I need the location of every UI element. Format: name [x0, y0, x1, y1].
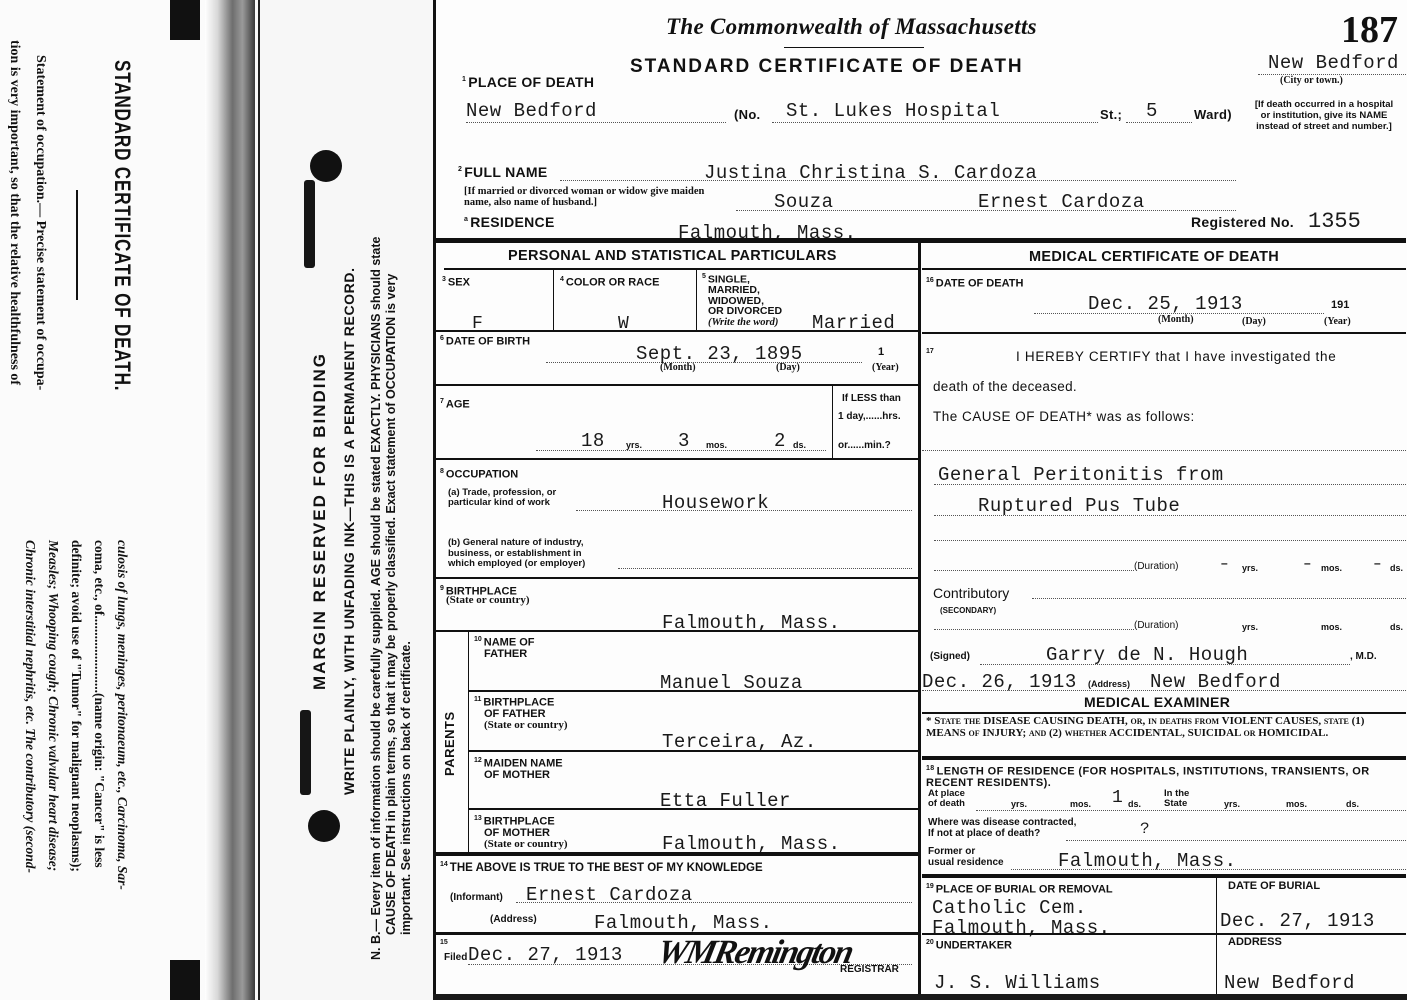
margin-reserved-label: MARGIN RESERVED FOR BINDING [310, 352, 330, 690]
full-name-label: 2FULL NAME [458, 164, 548, 180]
sex-label: 3SEX [442, 274, 470, 289]
certify-line-1: I HEREBY CERTIFY that I have investigate… [1016, 349, 1336, 364]
nb-line-3: important. See instructions on back of c… [399, 641, 413, 935]
or-min-label: or......min.? [838, 440, 891, 451]
informant-address-label: (Address) [490, 914, 537, 925]
trade-value: Housework [662, 492, 769, 514]
contracted-value: ? [1140, 820, 1150, 838]
undertaker-address: New Bedford [1224, 972, 1355, 994]
burial-date: Dec. 27, 1913 [1220, 910, 1375, 932]
state-ds-label: ds. [1346, 799, 1359, 810]
rule [468, 750, 918, 752]
signed-name: Garry de N. Hough [1046, 644, 1248, 666]
secondary-label: (SECONDARY) [940, 605, 996, 616]
column-divider [918, 238, 921, 994]
mother-name-label: 12MAIDEN NAMEOF MOTHER [474, 755, 563, 781]
dob-label: 6DATE OF BIRTH [440, 333, 530, 348]
ward-label: Ward) [1194, 107, 1232, 122]
maiden-note: [If married or divorced woman or widow g… [464, 186, 734, 208]
informant-heading: 14THE ABOVE IS TRUE TO THE BEST OF MY KN… [440, 859, 763, 874]
duration-line [934, 629, 1134, 630]
informant-name: Ernest Cardoza [526, 884, 693, 906]
undertaker-address-label: ADDRESS [1228, 937, 1282, 948]
certify-line-3: The CAUSE OF DEATH* was as follows: [933, 409, 1195, 424]
cause-line-1: General Peritonitis from [938, 464, 1224, 486]
husband-name-value: Ernest Cardoza [978, 191, 1145, 213]
place-of-death-label: 1PLACE OF DEATH [462, 74, 594, 90]
residence-label: aRESIDENCE [464, 214, 555, 230]
strip-line: Statement of occupation.— Precise statem… [32, 55, 48, 390]
certify-num: 17 [926, 346, 934, 357]
rule [922, 933, 1406, 935]
commonwealth-heading: The Commonwealth of Massachusetts [666, 14, 1037, 40]
binding-bar [300, 710, 311, 795]
ds-label: ds. [793, 440, 806, 451]
unfading-ink-label: WRITE PLAINLY, WITH UNFADING INK—THIS IS… [341, 267, 357, 795]
contributory-label: Contributory [933, 585, 1009, 601]
age-label: 7AGE [440, 396, 470, 411]
full-name-value: Justina Christina S. Cardoza [704, 162, 1037, 184]
father-name-label: 10NAME OFFATHER [474, 634, 535, 660]
at-mos-label: mos. [1070, 799, 1091, 810]
strip-line: Measles; Whooping cough; Chronic valvula… [45, 540, 61, 871]
rule [696, 270, 697, 330]
institution-value: St. Lukes Hospital [772, 100, 1098, 123]
registered-number: 1355 [1308, 209, 1361, 234]
signed-label: (Signed) [930, 651, 970, 662]
st-label: St.; [1100, 107, 1122, 122]
date-of-death-label: 16DATE OF DEATH [926, 275, 1023, 290]
date-of-death-value: Dec. 25, 1913 [1088, 293, 1243, 315]
duration-yrs-value: – [1221, 558, 1228, 569]
burial-date-label: DATE OF BURIAL [1228, 881, 1320, 892]
age-years-value: 18 [581, 430, 605, 452]
state-yrs-label: yrs. [1224, 799, 1240, 810]
informant-address: Falmouth, Mass. [594, 912, 773, 934]
duration-mos-label-2: mos. [1321, 622, 1342, 633]
signed-date: Dec. 26, 1913 [922, 671, 1077, 693]
binding-tab [170, 0, 200, 40]
rule [436, 852, 918, 856]
undertaker-name: J. S. Williams [934, 972, 1101, 994]
at-place-label: At placeof death [928, 789, 965, 809]
maiden-name-value: Souza [774, 191, 834, 213]
md-label: , M.D. [1350, 651, 1377, 662]
nb-line-2: CAUSE OF DEATH in plain terms, so that i… [384, 274, 398, 935]
section-divider [436, 238, 1406, 243]
trade-label: (a) Trade, profession, orparticular kind… [448, 488, 556, 508]
punch-hole [310, 150, 342, 182]
informant-label: (Informant) [450, 892, 503, 903]
duration-line [934, 570, 1134, 571]
death-year-label: (Year) [1324, 316, 1351, 327]
medical-examiner-label: MEDICAL EXAMINER [1084, 694, 1230, 710]
rule [922, 712, 1406, 714]
cause-line [922, 450, 1406, 451]
duration-yrs-label: yrs. [1242, 563, 1258, 574]
contracted-line [1066, 840, 1406, 841]
residence-line [976, 810, 1406, 811]
industry-label: (b) General nature of industry,business,… [448, 538, 585, 570]
registrar-label: REGISTRAR [840, 964, 899, 975]
industry-line [618, 568, 912, 569]
cause-footnote: * State the DISEASE CAUSING DEATH, or, i… [926, 716, 1402, 739]
duration-label-2: (Duration) [1134, 620, 1178, 631]
mos-label: mos. [706, 440, 727, 451]
rule [1216, 878, 1217, 994]
duration-ds-value: – [1374, 558, 1381, 569]
year-label: (Year) [872, 362, 899, 373]
city-value: New Bedford [1258, 52, 1407, 75]
burial-place-label: 19PLACE OF BURIAL OR REMOVAL [926, 881, 1113, 896]
contracted-label: Where was disease contracted,If not at p… [928, 818, 1076, 839]
examiner-address: New Bedford [1150, 671, 1281, 693]
undertaker-label: 20UNDERTAKER [926, 937, 1012, 952]
marital-label: 5SINGLE, MARRIED, WIDOWED, OR DIVORCED (… [702, 272, 782, 328]
less-than-label: If LESS than [842, 393, 901, 404]
contributory-line [1032, 598, 1406, 599]
duration-label: (Duration) [1134, 561, 1178, 572]
binding-bar [304, 180, 315, 268]
death-month-label: (Month) [1158, 314, 1194, 325]
burial-place-line-1: Catholic Cem. [932, 897, 1087, 919]
rule [922, 874, 1406, 878]
mother-birthplace-label: 13BIRTHPLACEOF MOTHER(State or country) [474, 813, 568, 850]
former-residence-value: Falmouth, Mass. [1058, 850, 1237, 872]
dob-year-prefix: 1 [878, 347, 884, 358]
day-hrs-label: 1 day,......hrs. [838, 411, 901, 422]
heading-underline [784, 47, 924, 48]
death-day-label: (Day) [1242, 316, 1266, 327]
medical-heading: MEDICAL CERTIFICATE OF DEATH [1029, 249, 1279, 265]
registered-label: Registered No. [1191, 214, 1294, 230]
certificate-sheet: The Commonwealth of Massachusetts STANDA… [433, 0, 1407, 994]
no-label: (No. [734, 107, 760, 122]
strip-divider [76, 190, 78, 300]
registrar-signature: WMRemington [654, 934, 855, 972]
rule [922, 332, 1406, 334]
state-mos-label: mos. [1286, 799, 1307, 810]
age-days-value: 2 [774, 430, 786, 452]
filed-num: 15 [440, 937, 448, 948]
filed-date: Dec. 27, 1913 [468, 944, 623, 966]
duration-mos-value: – [1304, 558, 1311, 569]
age-months-value: 3 [678, 430, 690, 452]
at-yrs-label: yrs. [1011, 799, 1027, 810]
day-label: (Day) [776, 362, 800, 373]
duration-ds-label: ds. [1390, 563, 1403, 574]
rule [553, 270, 554, 330]
strip-line: Chronic interstitial nephritis, etc. The… [22, 540, 38, 873]
page-number: 187 [1341, 8, 1398, 52]
month-label: (Month) [660, 362, 696, 373]
place-town-value: New Bedford [466, 100, 726, 123]
hospital-note: [If death occurred in a hospital or inst… [1254, 99, 1394, 132]
yrs-label: yrs. [626, 440, 642, 451]
rule [436, 330, 918, 332]
at-ds-label: ds. [1128, 799, 1141, 810]
cause-line [934, 540, 1406, 541]
rule [436, 630, 918, 632]
binding-edge [205, 0, 255, 1000]
duration-yrs-label-2: yrs. [1242, 622, 1258, 633]
strip-line: culosis of lungs, meninges, peritonaeum,… [114, 540, 130, 890]
rule [436, 577, 918, 579]
death-year-prefix: 191 [1331, 300, 1349, 311]
certify-line-2: death of the deceased. [933, 379, 1077, 394]
filed-label: Filed [444, 952, 467, 963]
strip-line: coma, etc., of.......................(na… [91, 540, 107, 868]
rule [922, 268, 1406, 270]
rule [468, 690, 918, 692]
rule [922, 756, 1406, 760]
strip-title: STANDARD CERTIFICATE OF DEATH. [109, 60, 135, 391]
examiner-address-label: (Address) [1088, 679, 1130, 690]
nb-line-1: N. B.— Every item of information should … [369, 237, 383, 961]
at-days-value: 1 [1112, 788, 1123, 808]
residence-length-label: 18LENGTH OF RESIDENCE (FOR HOSPITALS, IN… [926, 763, 1404, 789]
binding-margin: MARGIN RESERVED FOR BINDING WRITE PLAINL… [258, 0, 433, 1000]
burial-place-line-2: Falmouth, Mass. [932, 917, 1111, 939]
certificate-title: STANDARD CERTIFICATE OF DEATH [630, 56, 1024, 78]
father-birthplace-label: 11BIRTHPLACEOF FATHER(State or country) [474, 694, 568, 731]
rule [436, 384, 918, 386]
parents-label: PARENTS [442, 711, 457, 776]
ward-value: 5 [1126, 100, 1192, 123]
rule [444, 268, 918, 270]
former-residence-label: Former orusual residence [928, 847, 1004, 868]
duration-mos-label: mos. [1321, 563, 1342, 574]
cause-line-2: Ruptured Pus Tube [978, 495, 1180, 517]
rule [468, 808, 918, 810]
color-label: 4COLOR OR RACE [560, 274, 659, 289]
rule [832, 386, 833, 458]
strip-line: definite; avoid use of "Tumor" for malig… [68, 540, 84, 872]
in-state-label: In theState [1164, 789, 1189, 809]
city-label: (City or town.) [1280, 75, 1343, 86]
birthplace-sub: (State or country) [446, 595, 530, 606]
personal-heading: PERSONAL AND STATISTICAL PARTICULARS [508, 248, 837, 264]
rule [436, 458, 918, 460]
duration-ds-label-2: ds. [1390, 622, 1403, 633]
binding-tab [170, 960, 200, 1000]
rule [468, 632, 469, 852]
occupation-label: 8OCCUPATION [440, 466, 518, 481]
punch-hole [308, 810, 340, 842]
strip-line: tion is very important, so that the rela… [6, 40, 22, 385]
